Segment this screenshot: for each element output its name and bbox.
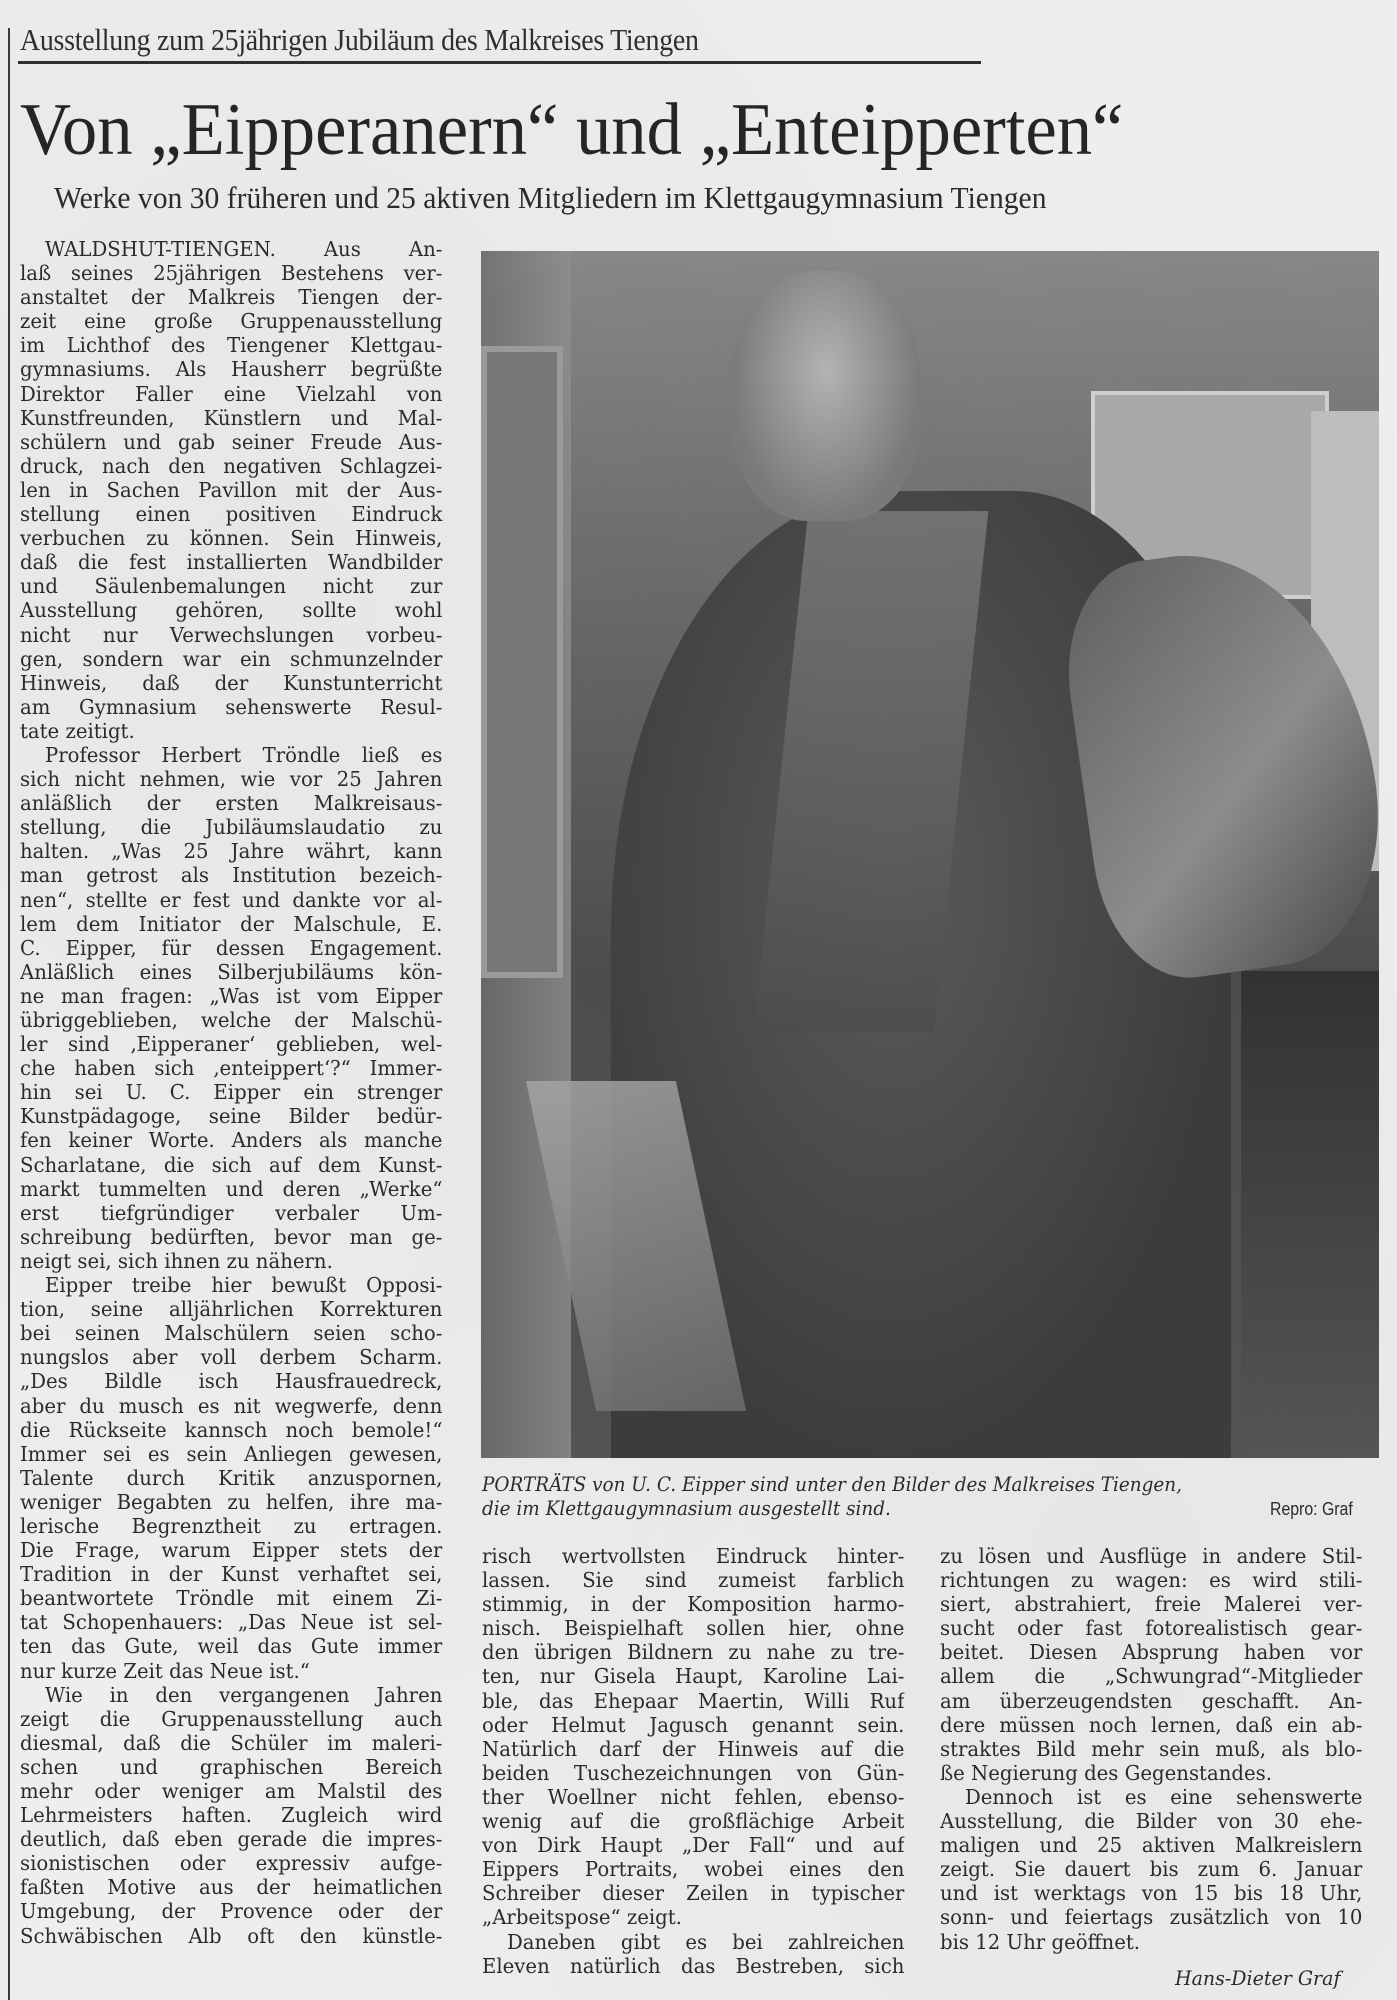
kicker: Ausstellung zum 25jährigen Jubiläum des … [20, 22, 699, 58]
text-line: schülern und gab seiner Freude Aus- [20, 430, 442, 454]
text-line: Die Frage, warum Eipper stets der [20, 1538, 442, 1562]
text-line: wenig auf die großflächige Arbeit [482, 1809, 904, 1833]
text-line: daß die fest installierten Wandbilder [20, 550, 442, 574]
photo-caption: PORTRÄTS von U. C. Eipper sind unter den… [482, 1472, 1310, 1520]
text-line: mehr oder weniger am Malstil des [20, 1779, 442, 1803]
article-column-1: WALDSHUT-TIENGEN. Aus An-laß seines 25jä… [20, 237, 442, 1948]
text-line: lem dem Initiator der Malschule, E. [20, 912, 442, 936]
text-line: Tradition in der Kunst verhaftet sei, [20, 1562, 442, 1586]
text-line: len in Sachen Pavillon mit der Aus- [20, 478, 442, 502]
text-line: anstaltet der Malkreis Tiengen der- [20, 285, 442, 309]
text-line: sucht oder fast fotorealistisch gear- [940, 1616, 1362, 1640]
text-line: zeigt. Sie dauert bis zum 6. Januar [940, 1857, 1362, 1881]
text-line: Eleven natürlich das Bestreben, sich [482, 1954, 904, 1978]
text-line: ten das Gute, weil das Gute immer [20, 1634, 442, 1658]
text-line: „Des Bildle isch Hausfrauedreck, [20, 1369, 442, 1393]
text-line: sionistischen oder expressiv aufge- [20, 1851, 442, 1875]
text-line: und Säulenbemalungen nicht zur [20, 574, 442, 598]
text-line: Umgebung, der Provence oder der [20, 1899, 442, 1923]
text-line: von Dirk Haupt „Der Fall“ und auf [482, 1833, 904, 1857]
text-line: Hinweis, daß der Kunstunterricht [20, 671, 442, 695]
text-line: aber du musch es nit wegwerfe, denn [20, 1394, 442, 1418]
newspaper-page: Ausstellung zum 25jährigen Jubiläum des … [0, 0, 1397, 2000]
text-line: tate zeitigt. [20, 719, 442, 743]
subheadline: Werke von 30 früheren und 25 aktiven Mit… [54, 180, 1046, 216]
text-line: ne man fragen: „Was ist vom Eipper [20, 984, 442, 1008]
text-line: tat Schopenhauers: „Das Neue ist sel- [20, 1610, 442, 1634]
photo-window [481, 346, 563, 978]
text-line: übriggeblieben, welche der Malschü- [20, 1008, 442, 1032]
text-line: lassen. Sie sind zumeist farblich [482, 1568, 904, 1592]
text-line: Talente durch Kritik anzuspornen, [20, 1466, 442, 1490]
kicker-underline [18, 61, 981, 64]
text-line: halten. „Was 25 Jahre währt, kann [20, 839, 442, 863]
text-line: tion, seine alljährlichen Korrekturen [20, 1297, 442, 1321]
text-line: Dennoch ist es eine sehenswerte [940, 1785, 1362, 1809]
text-line: am Gymnasium sehenswerte Resul- [20, 695, 442, 719]
text-line: ler sind ‚Eipperaner‘ geblieben, wel- [20, 1032, 442, 1056]
text-line: sich nicht nehmen, wie vor 25 Jahren [20, 767, 442, 791]
text-line: ble, das Ehepaar Maertin, Willi Ruf [482, 1689, 904, 1713]
text-line: dere müssen noch lernen, daß ein ab- [940, 1713, 1362, 1737]
text-line: Eippers Portraits, wobei eines den [482, 1857, 904, 1881]
text-line: zeigt die Gruppenausstellung auch [20, 1707, 442, 1731]
text-line: am überzeugendsten geschafft. An- [940, 1689, 1362, 1713]
text-line: oder Helmut Jagusch genannt sein. [482, 1713, 904, 1737]
text-line: che haben sich ‚enteippert‘?“ Immer- [20, 1056, 442, 1080]
text-line: beantwortete Tröndle mit einem Zi- [20, 1586, 442, 1610]
text-line: gen, sondern war ein schmunzelnder [20, 647, 442, 671]
text-line: druck, nach den negativen Schlagzei- [20, 454, 442, 478]
text-line: gymnasiums. Als Hausherr begrüßte [20, 357, 442, 381]
text-line: stellung, die Jubiläumslaudatio zu [20, 815, 442, 839]
text-line: richtungen zu wagen: es wird stili- [940, 1568, 1362, 1592]
text-line: Eipper treibe hier bewußt Opposi- [20, 1273, 442, 1297]
text-line: im Lichthof des Tiengener Klettgau- [20, 333, 442, 357]
text-line: lerische Begrenztheit zu ertragen. [20, 1514, 442, 1538]
text-line: bei seinen Malschülern seien scho- [20, 1321, 442, 1345]
text-line: Daneben gibt es bei zahlreichen [482, 1930, 904, 1954]
text-line: ten, nur Gisela Haupt, Karoline Lai- [482, 1664, 904, 1688]
text-line: stellung einen positiven Eindruck [20, 502, 442, 526]
text-line: sonn- und feiertags zusätzlich von 10 [940, 1905, 1362, 1929]
text-line: nur kurze Zeit das Neue ist.“ [20, 1659, 442, 1683]
text-line: Immer sei es sein Anliegen gewesen, [20, 1442, 442, 1466]
text-line: man getrost als Institution bezeich- [20, 863, 442, 887]
text-line: Schreiber dieser Zeilen in typischer [482, 1881, 904, 1905]
text-line: Ausstellung gehören, sollte wohl [20, 598, 442, 622]
text-line: nen“, stellte er fest und dankte vor al- [20, 888, 442, 912]
text-line: weniger Begabten zu helfen, ihre ma- [20, 1490, 442, 1514]
text-line: laß seines 25jährigen Bestehens ver- [20, 261, 442, 285]
text-line: anläßlich der ersten Malkreisaus- [20, 791, 442, 815]
text-line: zu lösen und Ausflüge in andere Stil- [940, 1544, 1362, 1568]
text-line: Anläßlich eines Silberjubiläums kön- [20, 960, 442, 984]
text-line: schreibung bedürften, bevor man ge- [20, 1225, 442, 1249]
text-line: nungslos aber voll derbem Scharm. [20, 1345, 442, 1369]
caption-line-1: PORTRÄTS von U. C. Eipper sind unter den… [482, 1472, 1310, 1496]
text-line: verbuchen zu können. Sein Hinweis, [20, 526, 442, 550]
column-rule [8, 28, 10, 2000]
text-line: risch wertvollsten Eindruck hinter- [482, 1544, 904, 1568]
text-line: ther Woellner nicht fehlen, ebenso- [482, 1785, 904, 1809]
text-line: den übrigen Bildnern zu nahe zu tre- [482, 1640, 904, 1664]
text-line: allem die „Schwungrad“-Mitglieder [940, 1664, 1362, 1688]
text-line: schen und graphischen Bereich [20, 1755, 442, 1779]
text-line: „Arbeitspose“ zeigt. [482, 1905, 904, 1929]
text-line: stimmig, in der Komposition harmo- [482, 1592, 904, 1616]
text-line: siert, abstrahiert, freie Malerei ver- [940, 1592, 1362, 1616]
text-line: Kunstpädagoge, seine Bilder bedür- [20, 1104, 442, 1128]
text-line: fen keiner Worte. Anders als manche [20, 1128, 442, 1152]
text-line: deutlich, daß eben gerade die impres- [20, 1827, 442, 1851]
text-line: und ist werktags von 15 bis 18 Uhr, [940, 1881, 1362, 1905]
text-line: Lehrmeisters haften. Zugleich wird [20, 1803, 442, 1827]
text-line: erst tiefgründiger verbaler Um- [20, 1201, 442, 1225]
text-line: markt tummelten und deren „Werke“ [20, 1177, 442, 1201]
text-line: beiden Tuschezeichnungen von Gün- [482, 1761, 904, 1785]
text-line: zeit eine große Gruppenausstellung [20, 309, 442, 333]
text-line: neigt sei, sich ihnen zu nähern. [20, 1249, 442, 1273]
text-line: beitet. Diesen Absprung haben vor [940, 1640, 1362, 1664]
text-line: hin sei U. C. Eipper ein strenger [20, 1080, 442, 1104]
photo-shadow [1241, 971, 1379, 1458]
portrait-photo [481, 251, 1379, 1458]
text-line: bis 12 Uhr geöffnet. [940, 1930, 1362, 1954]
text-line: Scharlatane, die sich auf dem Kunst- [20, 1153, 442, 1177]
headline: Von „Eipperanern“ und „Enteipperten“ [20, 88, 1123, 172]
text-line: diesmal, daß die Schüler im maleri- [20, 1731, 442, 1755]
text-line: straktes Bild mehr sein muß, als blo- [940, 1737, 1362, 1761]
text-line: Direktor Faller eine Vielzahl von [20, 382, 442, 406]
article-column-2: risch wertvollsten Eindruck hinter-lasse… [482, 1544, 904, 1978]
text-line: Kunstfreunden, Künstlern und Mal- [20, 406, 442, 430]
author-byline: Hans-Dieter Graf [1175, 1966, 1340, 1990]
text-line: Ausstellung, die Bilder von 30 ehe- [940, 1809, 1362, 1833]
text-line: ße Negierung des Gegenstandes. [940, 1761, 1362, 1785]
caption-line-2: die im Klettgaugymnasium ausgestellt sin… [482, 1496, 1310, 1520]
text-line: Wie in den vergangenen Jahren [20, 1683, 442, 1707]
text-line: C. Eipper, für dessen Engagement. [20, 936, 442, 960]
text-line: die Rückseite kannsch noch bemole!“ [20, 1418, 442, 1442]
text-line: Natürlich darf der Hinweis auf die [482, 1737, 904, 1761]
text-line: Schwäbischen Alb oft den künstle- [20, 1924, 442, 1948]
text-line: Professor Herbert Tröndle ließ es [20, 743, 442, 767]
photo-figure-head [731, 271, 921, 521]
text-line: nicht nur Verwechslungen vorbeu- [20, 623, 442, 647]
photo-credit: Repro: Graf [1270, 1498, 1353, 1520]
text-line: nisch. Beispielhaft sollen hier, ohne [482, 1616, 904, 1640]
article-column-3: zu lösen und Ausflüge in andere Stil-ric… [940, 1544, 1362, 1954]
text-line: maligen und 25 aktiven Malkreislern [940, 1833, 1362, 1857]
text-line: faßten Motive aus der heimatlichen [20, 1875, 442, 1899]
text-line: WALDSHUT-TIENGEN. Aus An- [20, 237, 442, 261]
